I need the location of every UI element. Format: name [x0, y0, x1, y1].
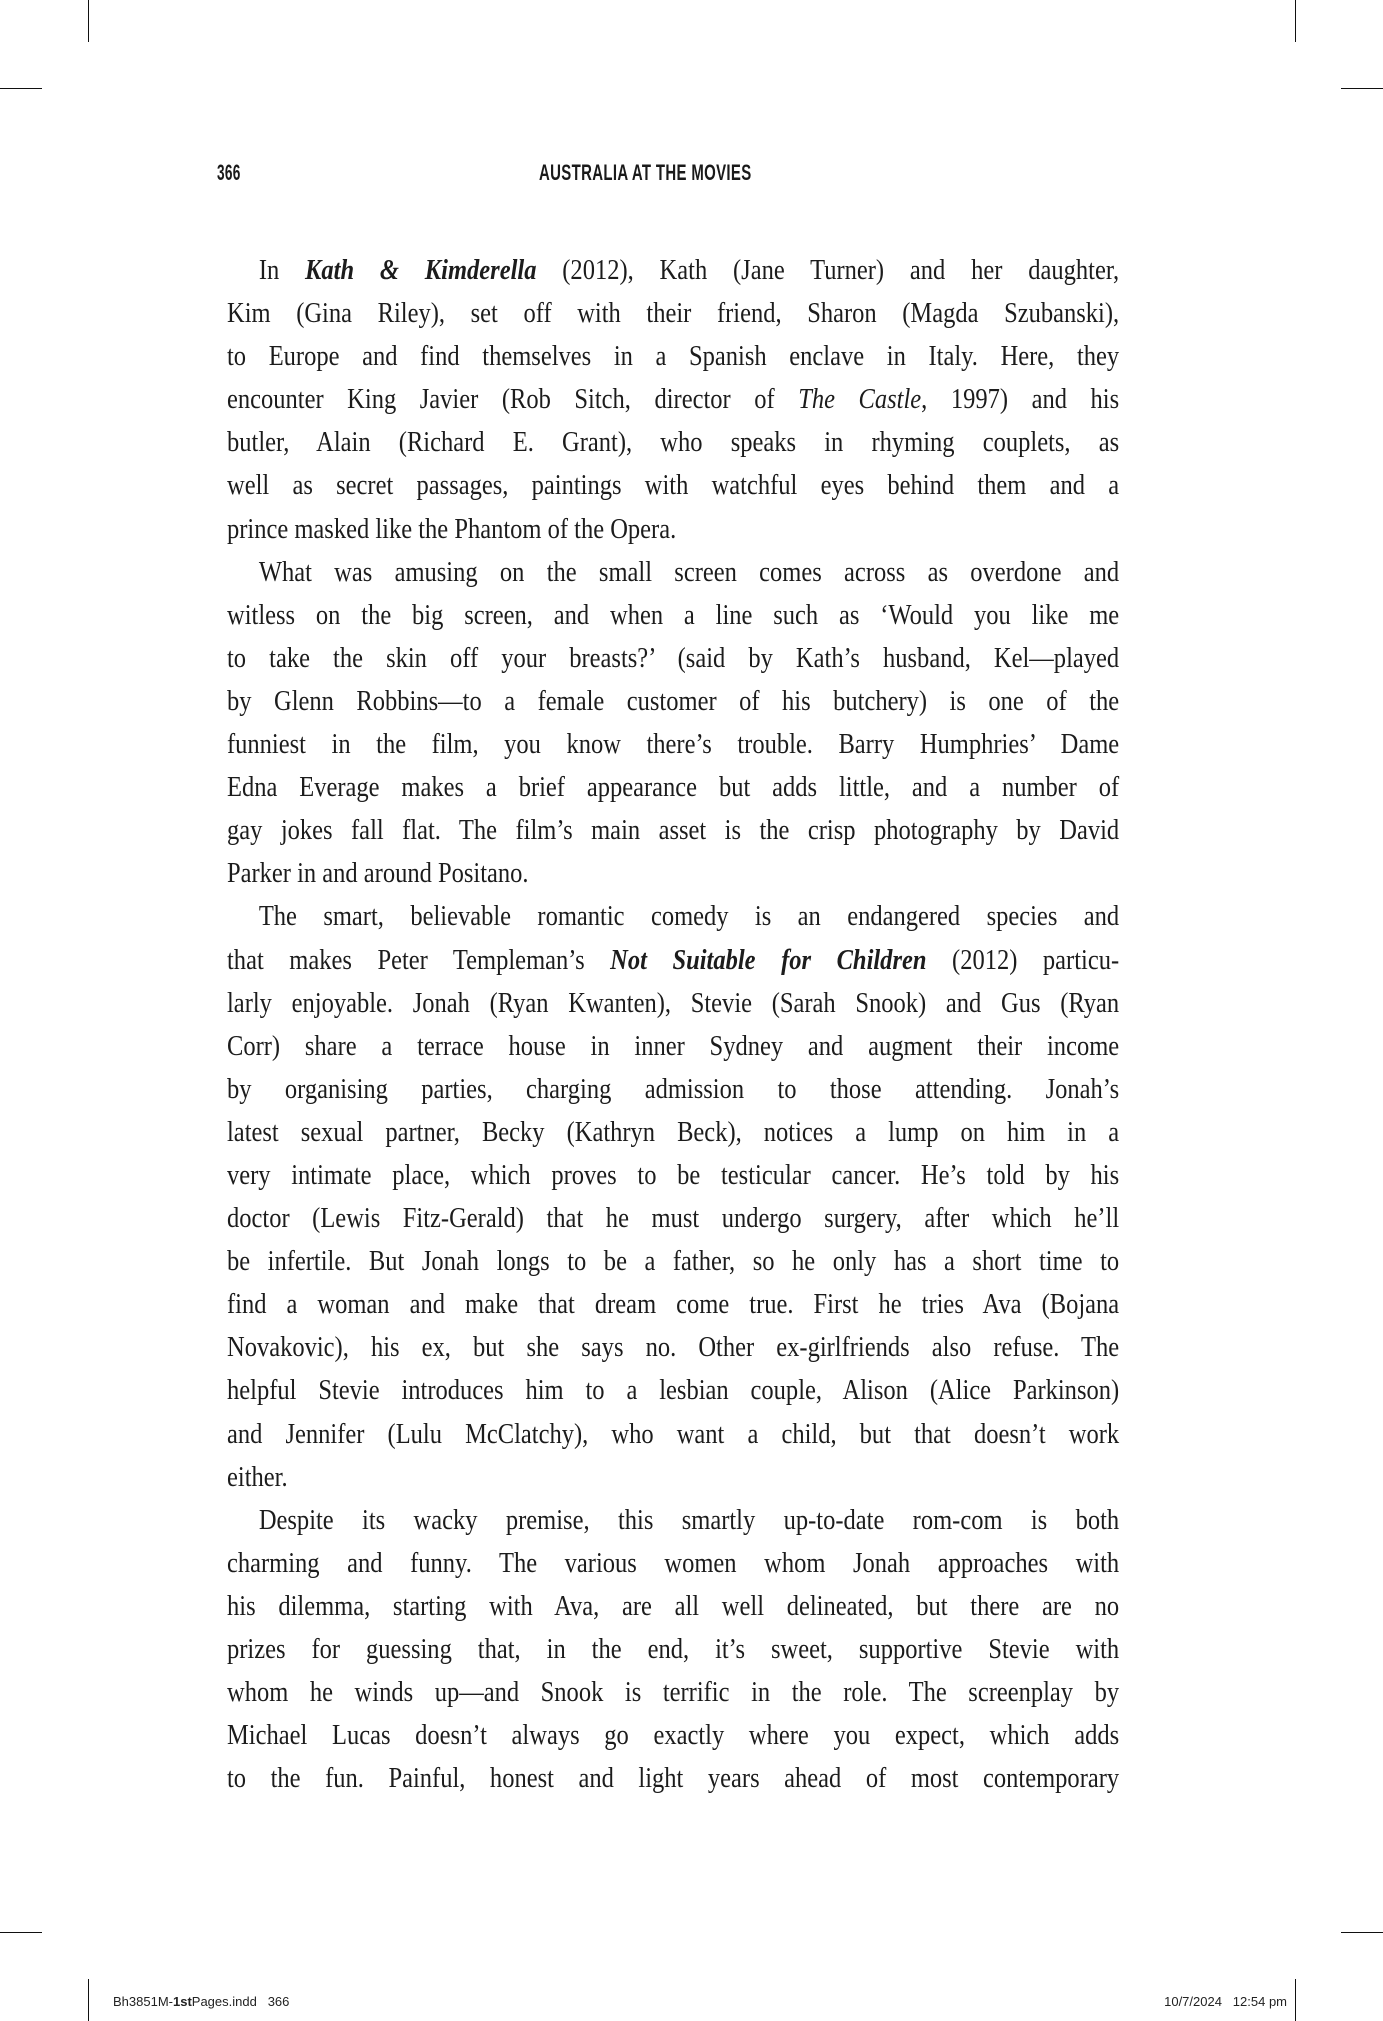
slug-file-info: Bh3851M-1stPages.indd 366	[113, 1994, 289, 2009]
text-line: that makes Peter Templeman’s Not Suitabl…	[227, 939, 1119, 982]
text-line: charming and funny. The various women wh…	[227, 1542, 1119, 1585]
text-line: The smart, believable romantic comedy is…	[227, 895, 1119, 938]
text-line: funniest in the film, you know there’s t…	[227, 723, 1119, 766]
text-run: that makes Peter Templeman’s	[227, 945, 610, 976]
text-line: to take the skin off your breasts?’ (sai…	[227, 637, 1119, 680]
crop-mark-top-right-horizontal	[1341, 88, 1383, 89]
text-line: doctor (Lewis Fitz-Gerald) that he must …	[227, 1197, 1119, 1240]
film-title: The Castle	[798, 384, 921, 415]
text-run: (2012), Kath (Jane Turner) and her daugh…	[536, 255, 1119, 286]
text-run: encounter King Javier (Rob Sitch, direct…	[227, 384, 798, 415]
text-line: latest sexual partner, Becky (Kathryn Be…	[227, 1111, 1119, 1154]
crop-mark-bottom-left-vertical	[88, 1979, 89, 2021]
paragraph-2: What was amusing on the small screen com…	[227, 551, 1119, 896]
text-line: very intimate place, which proves to be …	[227, 1154, 1119, 1197]
slug-timestamp: 10/7/2024 12:54 pm	[1164, 1994, 1287, 2009]
running-head: 366 AUSTRALIA AT THE MOVIES	[217, 160, 1117, 190]
text-line: What was amusing on the small screen com…	[227, 551, 1119, 594]
text-line: Parker in and around Positano.	[227, 852, 1119, 895]
text-line: and Jennifer (Lulu McClatchy), who want …	[227, 1413, 1119, 1456]
text-line: Kim (Gina Riley), set off with their fri…	[227, 292, 1119, 335]
film-title: Not Suitable for Children	[610, 945, 926, 976]
text-line: well as secret passages, paintings with …	[227, 464, 1119, 507]
text-line: butler, Alain (Richard E. Grant), who sp…	[227, 421, 1119, 464]
paragraph-3: The smart, believable romantic comedy is…	[227, 895, 1119, 1498]
text-line: encounter King Javier (Rob Sitch, direct…	[227, 378, 1119, 421]
film-title: Kath & Kimderella	[305, 255, 536, 286]
text-line: prince masked like the Phantom of the Op…	[227, 508, 1119, 551]
text-line: Despite its wacky premise, this smartly …	[227, 1499, 1119, 1542]
page-number: 366	[217, 160, 241, 186]
text-run: , 1997) and his	[921, 384, 1119, 415]
text-line: witless on the big screen, and when a li…	[227, 594, 1119, 637]
text-line: to Europe and find themselves in a Spani…	[227, 335, 1119, 378]
text-line: Novakovic), his ex, but she says no. Oth…	[227, 1326, 1119, 1369]
text-line: In Kath & Kimderella (2012), Kath (Jane …	[227, 249, 1119, 292]
text-line: either.	[227, 1456, 1119, 1499]
text-line: whom he winds up—and Snook is terrific i…	[227, 1671, 1119, 1714]
text-line: Corr) share a terrace house in inner Syd…	[227, 1025, 1119, 1068]
slug-file-bold: 1st	[173, 1994, 192, 2009]
crop-mark-bottom-right-horizontal	[1341, 1932, 1383, 1933]
slug-file-prefix: Bh3851M-	[113, 1994, 173, 2009]
crop-mark-top-right-vertical	[1295, 0, 1296, 42]
text-line: his dilemma, starting with Ava, are all …	[227, 1585, 1119, 1628]
crop-mark-top-left-vertical	[88, 0, 89, 42]
crop-mark-top-left-horizontal	[0, 88, 42, 89]
text-line: to the fun. Painful, honest and light ye…	[227, 1757, 1119, 1800]
paragraph-1: In Kath & Kimderella (2012), Kath (Jane …	[227, 249, 1119, 551]
slug-time: 12:54 pm	[1233, 1994, 1287, 2009]
text-line: gay jokes fall flat. The film’s main ass…	[227, 809, 1119, 852]
crop-mark-bottom-left-horizontal	[0, 1932, 42, 1933]
text-line: by Glenn Robbins—to a female customer of…	[227, 680, 1119, 723]
slug-page-number: 366	[268, 1994, 290, 2009]
text-line: helpful Stevie introduces him to a lesbi…	[227, 1369, 1119, 1412]
text-line: larly enjoyable. Jonah (Ryan Kwanten), S…	[227, 982, 1119, 1025]
paragraph-4: Despite its wacky premise, this smartly …	[227, 1499, 1119, 1801]
slug-date: 10/7/2024	[1164, 1994, 1222, 2009]
text-line: find a woman and make that dream come tr…	[227, 1283, 1119, 1326]
running-title: AUSTRALIA AT THE MOVIES	[539, 160, 752, 186]
text-line: Michael Lucas doesn’t always go exactly …	[227, 1714, 1119, 1757]
text-line: be infertile. But Jonah longs to be a fa…	[227, 1240, 1119, 1283]
body-text: In Kath & Kimderella (2012), Kath (Jane …	[227, 249, 1119, 1800]
text-run: In	[259, 255, 305, 286]
crop-mark-bottom-right-vertical	[1295, 1979, 1296, 2021]
text-line: by organising parties, charging admissio…	[227, 1068, 1119, 1111]
text-line: prizes for guessing that, in the end, it…	[227, 1628, 1119, 1671]
slug-file-suffix: Pages.indd	[192, 1994, 257, 2009]
text-line: Edna Everage makes a brief appearance bu…	[227, 766, 1119, 809]
text-run: (2012) particu-	[926, 945, 1119, 976]
